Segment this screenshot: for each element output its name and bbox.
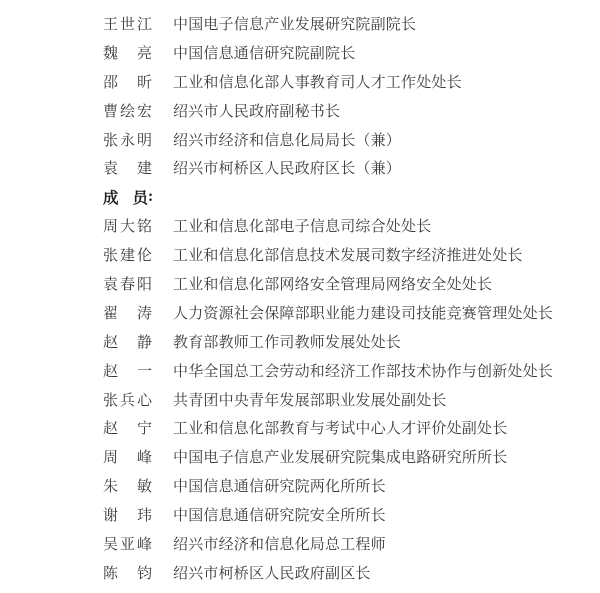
person-name: 周大铭 [103, 215, 152, 236]
person-name: 袁春阳 [103, 273, 152, 294]
person-name: 邵昕 [103, 71, 152, 92]
person-title: 绍兴市柯桥区人民政府区长（兼） [173, 157, 401, 178]
members-heading-row: 成员: [103, 182, 560, 211]
person-name: 王世江 [103, 13, 152, 34]
person-row: 曹绘宏 绍兴市人民政府副秘书长 [103, 96, 560, 125]
person-name: 魏亮 [103, 42, 152, 63]
person-name: 吴亚峰 [103, 533, 152, 554]
person-title: 中国信息通信研究院两化所所长 [173, 475, 386, 496]
members-heading-colon: : [148, 188, 153, 206]
person-name: 袁建 [103, 157, 152, 178]
person-row: 周大铭 工业和信息化部电子信息司综合处处长 [103, 211, 560, 240]
person-row: 魏亮 中国信息通信研究院副院长 [103, 38, 560, 67]
person-name: 赵宁 [103, 417, 152, 438]
person-title: 工业和信息化部教育与考试中心人才评价处副处长 [173, 417, 507, 438]
person-row: 翟涛 人力资源社会保障部职业能力建设司技能竞赛管理处处长 [103, 298, 560, 327]
person-name: 翟涛 [103, 302, 152, 323]
person-title: 教育部教师工作司教师发展处处长 [173, 331, 401, 352]
person-row: 王世江 中国电子信息产业发展研究院副院长 [103, 9, 560, 38]
person-title: 绍兴市经济和信息化局局长（兼） [173, 129, 401, 150]
person-title: 中国信息通信研究院安全所所长 [173, 504, 386, 525]
person-name: 赵静 [103, 331, 152, 352]
document-page: 王世江 中国电子信息产业发展研究院副院长 魏亮 中国信息通信研究院副院长 邵昕 … [0, 0, 600, 593]
person-title: 人力资源社会保障部职业能力建设司技能竞赛管理处处长 [173, 302, 553, 323]
leaders-list: 王世江 中国电子信息产业发展研究院副院长 魏亮 中国信息通信研究院副院长 邵昕 … [103, 9, 560, 182]
members-heading-label: 成员 [103, 186, 148, 208]
person-row: 谢玮 中国信息通信研究院安全所所长 [103, 500, 560, 529]
person-row: 张建伦 工业和信息化部信息技术发展司数字经济推进处处长 [103, 240, 560, 269]
person-title: 绍兴市经济和信息化局总工程师 [173, 533, 386, 554]
person-title: 中国电子信息产业发展研究院副院长 [173, 13, 416, 34]
person-title: 中国信息通信研究院副院长 [173, 42, 355, 63]
person-title: 绍兴市人民政府副秘书长 [173, 100, 340, 121]
person-name: 周峰 [103, 446, 152, 467]
person-name: 赵一 [103, 360, 152, 381]
person-row: 张兵心 共青团中央青年发展部职业发展处副处长 [103, 385, 560, 414]
person-name: 曹绘宏 [103, 100, 152, 121]
person-row: 张永明 绍兴市经济和信息化局局长（兼） [103, 125, 560, 154]
person-row: 袁建 绍兴市柯桥区人民政府区长（兼） [103, 153, 560, 182]
members-list: 周大铭 工业和信息化部电子信息司综合处处长 张建伦 工业和信息化部信息技术发展司… [103, 211, 560, 587]
person-row: 吴亚峰 绍兴市经济和信息化局总工程师 [103, 529, 560, 558]
person-title: 中国电子信息产业发展研究院集成电路研究所所长 [173, 446, 507, 467]
person-name: 张永明 [103, 129, 152, 150]
person-title: 工业和信息化部网络安全管理局网络安全处处长 [173, 273, 492, 294]
person-title: 工业和信息化部电子信息司综合处处长 [173, 215, 431, 236]
person-title: 绍兴市柯桥区人民政府副区长 [173, 562, 371, 583]
person-row: 赵一 中华全国总工会劳动和经济工作部技术协作与创新处处长 [103, 356, 560, 385]
person-title: 工业和信息化部信息技术发展司数字经济推进处处长 [173, 244, 523, 265]
person-name: 谢玮 [103, 504, 152, 525]
person-row: 周峰 中国电子信息产业发展研究院集成电路研究所所长 [103, 442, 560, 471]
person-title: 共青团中央青年发展部职业发展处副处长 [173, 389, 447, 410]
person-name: 陈钧 [103, 562, 152, 583]
person-name: 张兵心 [103, 389, 152, 410]
person-row: 邵昕 工业和信息化部人事教育司人才工作处处长 [103, 67, 560, 96]
person-row: 赵宁 工业和信息化部教育与考试中心人才评价处副处长 [103, 413, 560, 442]
person-name: 张建伦 [103, 244, 152, 265]
person-title: 中华全国总工会劳动和经济工作部技术协作与创新处处长 [173, 360, 553, 381]
person-row: 赵静 教育部教师工作司教师发展处处长 [103, 327, 560, 356]
person-name: 朱敏 [103, 475, 152, 496]
person-row: 朱敏 中国信息通信研究院两化所所长 [103, 471, 560, 500]
person-row: 陈钧 绍兴市柯桥区人民政府副区长 [103, 558, 560, 587]
person-title: 工业和信息化部人事教育司人才工作处处长 [173, 71, 462, 92]
person-row: 袁春阳 工业和信息化部网络安全管理局网络安全处处长 [103, 269, 560, 298]
